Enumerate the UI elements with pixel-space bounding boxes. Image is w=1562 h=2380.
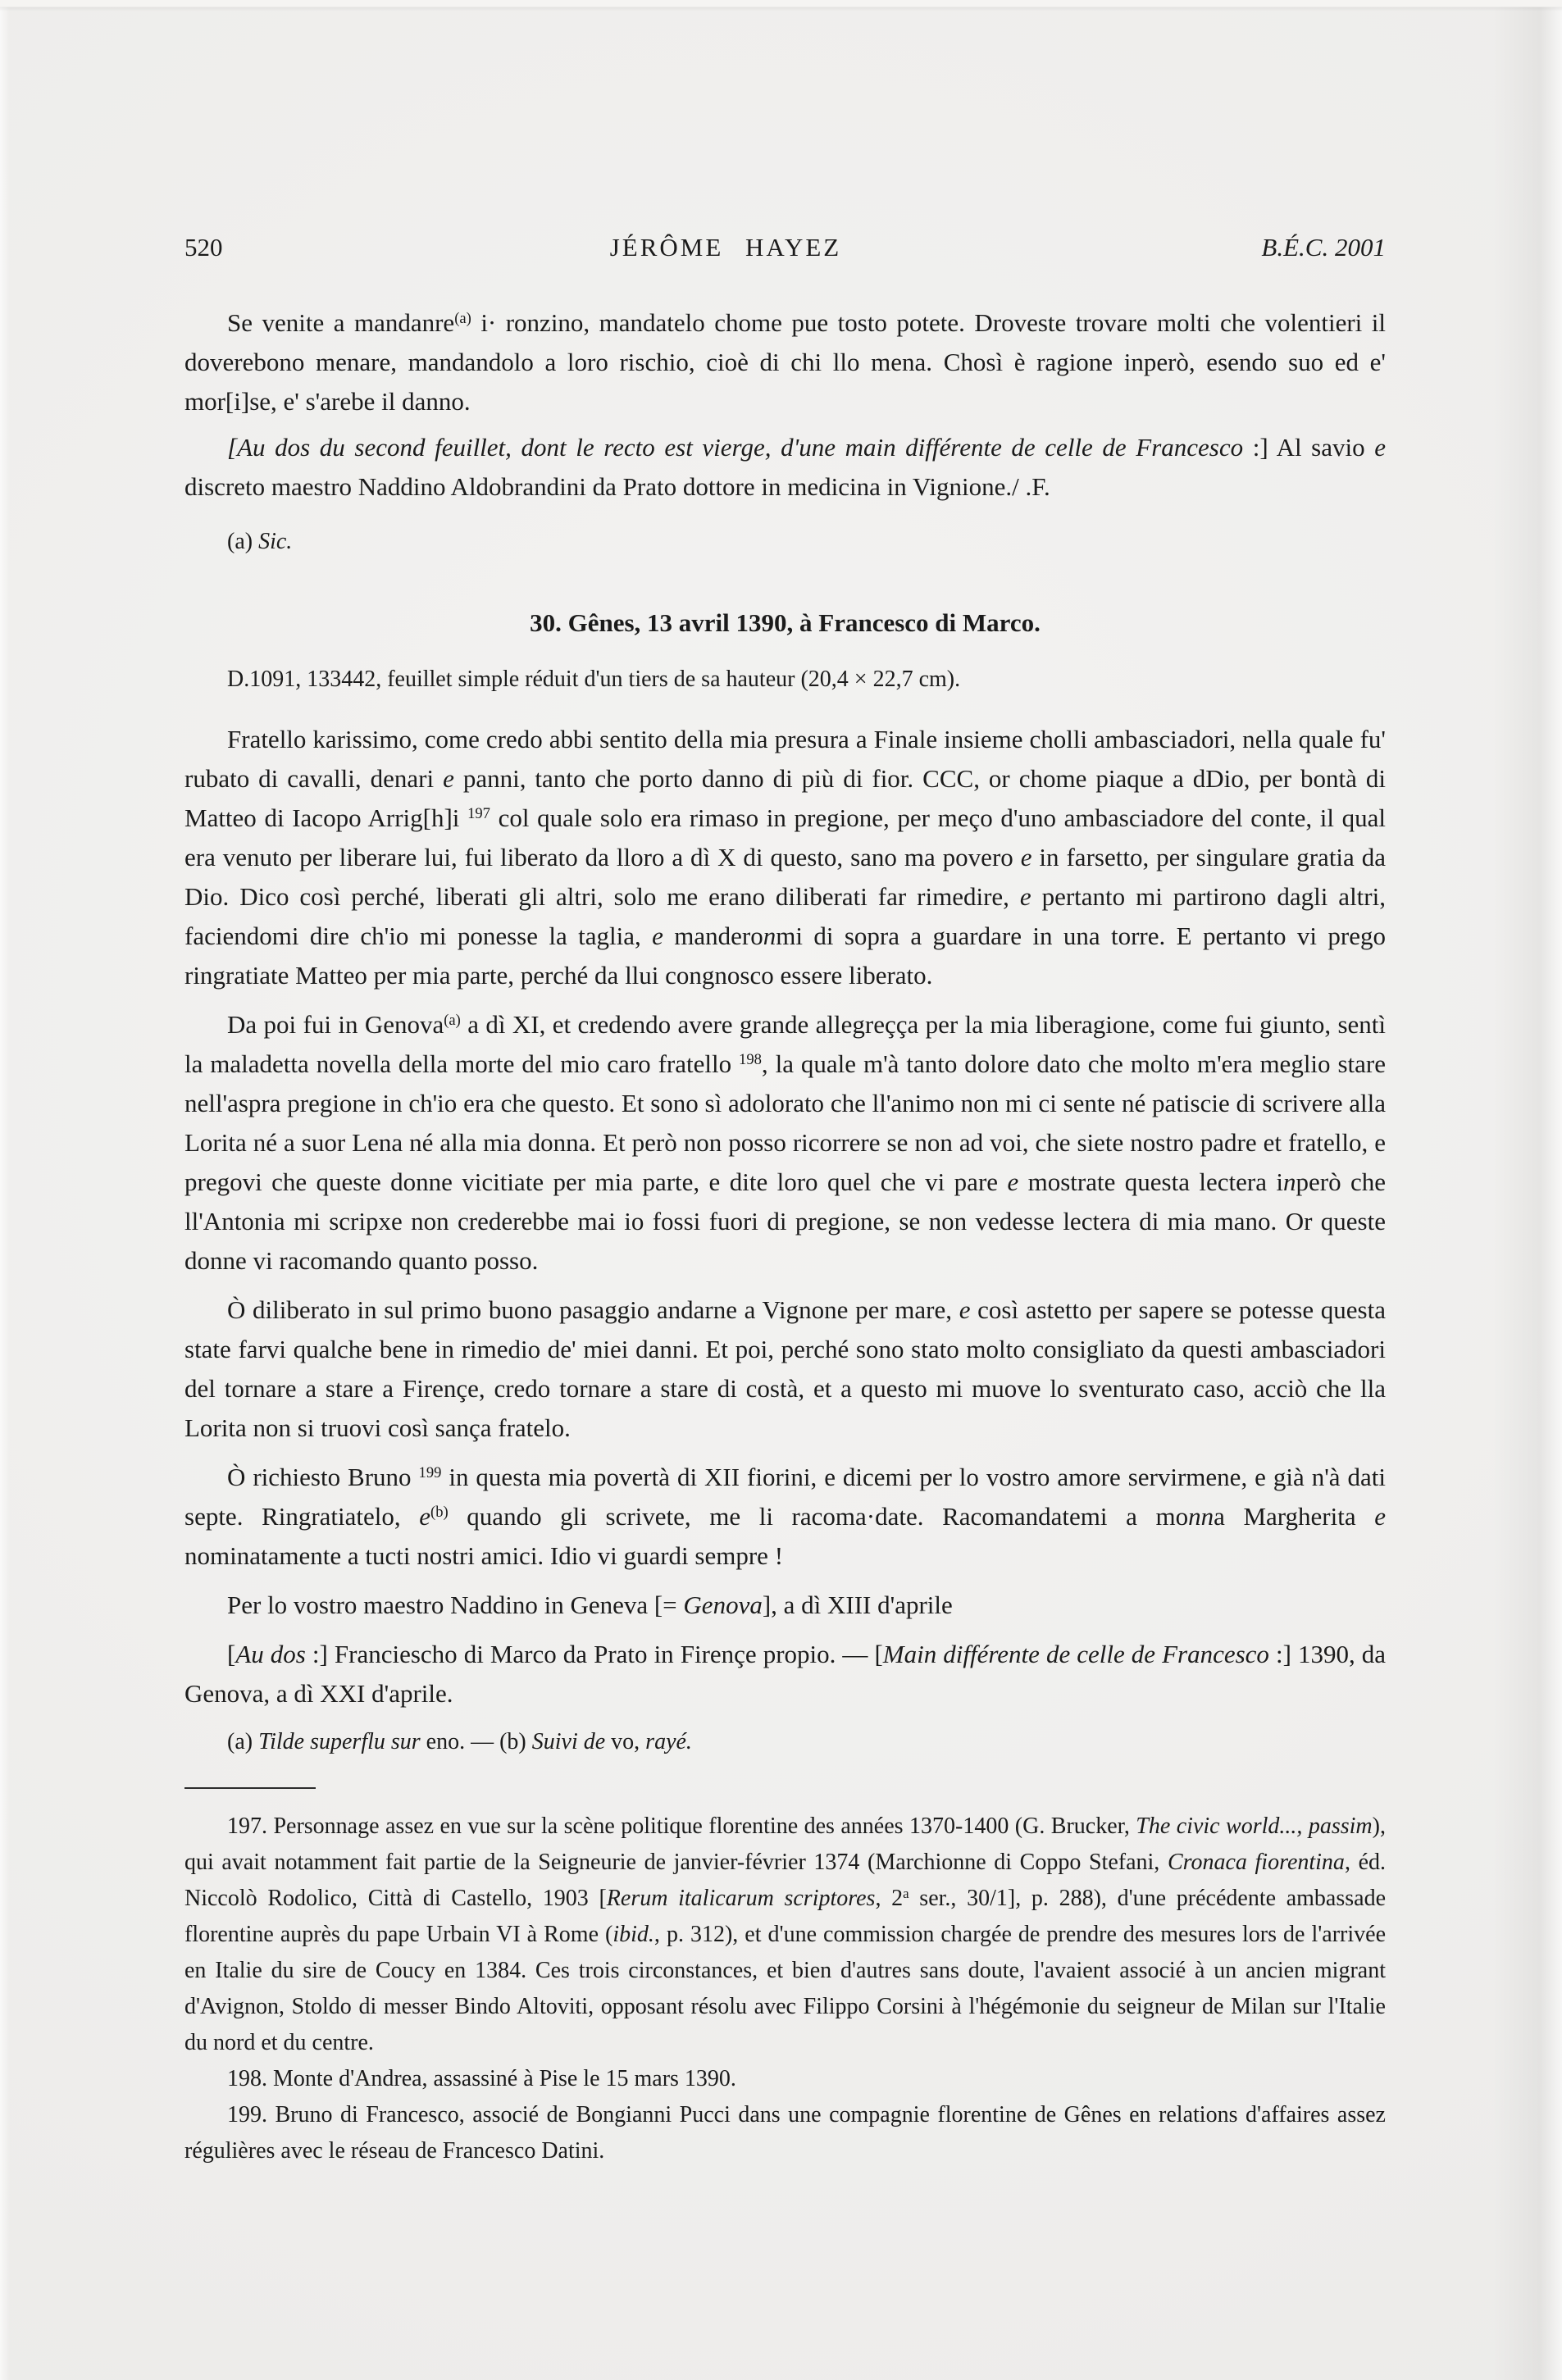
journal-ref: B.É.C. 2001 bbox=[1261, 231, 1386, 264]
text-segment: e bbox=[1007, 1167, 1018, 1196]
footnote-198: 198. Monte d'Andrea, assassiné à Pise le… bbox=[184, 2061, 1386, 2097]
footnote-ref-197: 197 bbox=[467, 805, 490, 822]
text-segment: Suivi de bbox=[532, 1729, 605, 1754]
text-segment: D.1091, 133442, feuillet simple réduit d… bbox=[227, 667, 960, 692]
footnote-ref-199: 199 bbox=[419, 1464, 442, 1481]
text-segment: Cronaca fiorentina bbox=[1168, 1850, 1345, 1875]
text-segment: :] Franciescho di Marco da Prato in Fire… bbox=[306, 1640, 883, 1668]
page-number: 520 bbox=[184, 231, 223, 264]
letter-30-para-1: Fratello karissimo, come credo abbi sent… bbox=[184, 720, 1386, 995]
text-segment: e bbox=[1374, 433, 1386, 462]
note-ref-b: (b) bbox=[430, 1504, 449, 1521]
text-segment: [Au dos du second feuillet, dont le rect… bbox=[227, 433, 1243, 462]
text-segment: discreto maestro Naddino Aldobrandini da… bbox=[184, 472, 1050, 501]
text-segment: n bbox=[763, 922, 776, 950]
text-blocks: Se venite a mandanre(a) i· ronzino, mand… bbox=[184, 303, 1386, 2169]
text-segment: a Margherita bbox=[1214, 1502, 1374, 1531]
journal-page-scan: 520 JÉRÔME HAYEZ B.É.C. 2001 Se venite a… bbox=[0, 0, 1562, 2380]
letter-30-signature: Per lo vostro maestro Naddino in Geneva … bbox=[184, 1586, 1386, 1625]
ordinal-a: a bbox=[903, 1886, 909, 1901]
note-ref-a2: (a) bbox=[444, 1012, 461, 1029]
text-segment: Se venite a mandanre bbox=[227, 308, 454, 337]
text-segment: Ò richiesto Bruno bbox=[227, 1463, 419, 1491]
text-segment: (a) bbox=[227, 529, 258, 554]
text-segment: e bbox=[1020, 882, 1031, 911]
text-segment: [ bbox=[227, 1640, 235, 1668]
letter-29-continuation: Se venite a mandanre(a) i· ronzino, mand… bbox=[184, 303, 1386, 421]
footnote-ref-198: 198 bbox=[739, 1051, 762, 1068]
text-segment: e bbox=[443, 764, 454, 793]
text-segment: (a) bbox=[227, 1729, 258, 1754]
text-segment: Main différente de celle de Francesco bbox=[883, 1640, 1269, 1668]
text-segment: e bbox=[1374, 1502, 1386, 1531]
text-segment: 198. Monte d'Andrea, assassiné à Pise le… bbox=[227, 2066, 736, 2091]
text-segment: quando gli scrivete, me li racoma·date. … bbox=[449, 1502, 1188, 1531]
note-ref-a: (a) bbox=[454, 310, 471, 327]
text-segment: 197. Personnage assez en vue sur la scèn… bbox=[227, 1813, 1136, 1839]
text-segment: Sic. bbox=[258, 529, 292, 554]
text-segment: 199. Bruno di Francesco, associé de Bong… bbox=[184, 2102, 1386, 2164]
text-segment: Da poi fui in Genova bbox=[227, 1010, 444, 1039]
letter-29-address: [Au dos du second feuillet, dont le rect… bbox=[184, 428, 1386, 507]
text-segment: Rerum italicarum scriptores bbox=[607, 1886, 876, 1911]
text-segment: ibid. bbox=[613, 1922, 654, 1947]
text-segment: Au dos bbox=[235, 1640, 306, 1668]
text-segment: mandero bbox=[663, 922, 763, 950]
text-segment: nominatamente a tucti nostri amici. Idio… bbox=[184, 1541, 783, 1570]
text-segment: mostrate questa lectera i bbox=[1018, 1167, 1283, 1196]
page-content: 520 JÉRÔME HAYEZ B.É.C. 2001 Se venite a… bbox=[184, 231, 1386, 2169]
text-segment: , 2 bbox=[875, 1886, 903, 1911]
page-header: 520 JÉRÔME HAYEZ B.É.C. 2001 bbox=[184, 231, 1386, 264]
letter-30-para-2: Da poi fui in Genova(a) a dì XI, et cred… bbox=[184, 1005, 1386, 1281]
text-segment: Per lo vostro maestro Naddino in Geneva … bbox=[227, 1590, 683, 1619]
text-segment: The civic world..., passim bbox=[1136, 1813, 1372, 1839]
text-segment: eno. — (b) bbox=[421, 1729, 532, 1754]
footnote-197: 197. Personnage assez en vue sur la scèn… bbox=[184, 1809, 1386, 2061]
letter-30-address: [Au dos :] Franciescho di Marco da Prato… bbox=[184, 1635, 1386, 1713]
letter-30-description: D.1091, 133442, feuillet simple réduit d… bbox=[184, 664, 1386, 695]
text-segment: e bbox=[959, 1295, 971, 1324]
letter-30-apparatus: (a) Tilde superflu sur eno. — (b) Suivi … bbox=[184, 1727, 1386, 1758]
text-segment: nn bbox=[1188, 1502, 1214, 1531]
letter-29-apparatus: (a) Sic. bbox=[184, 526, 1386, 557]
letter-30-para-4: Ò richiesto Bruno 199 in questa mia pove… bbox=[184, 1458, 1386, 1576]
text-segment: n bbox=[1283, 1167, 1296, 1196]
text-segment: :] Al savio bbox=[1243, 433, 1374, 462]
footnote-199: 199. Bruno di Francesco, associé de Bong… bbox=[184, 2097, 1386, 2169]
text-segment: vo, bbox=[605, 1729, 645, 1754]
text-segment: Ò diliberato in sul primo buono pasaggio… bbox=[227, 1295, 959, 1324]
running-title: JÉRÔME HAYEZ bbox=[610, 231, 842, 264]
text-segment: e bbox=[419, 1502, 430, 1531]
text-segment: e bbox=[1021, 843, 1032, 871]
letter-30-heading: 30. Gênes, 13 avril 1390, à Francesco di… bbox=[184, 603, 1386, 643]
text-segment: Genova bbox=[683, 1590, 762, 1619]
text-segment: 30. Gênes, 13 avril 1390, à Francesco di… bbox=[530, 608, 1041, 637]
text-segment: ], a dì XIII d'aprile bbox=[763, 1590, 953, 1619]
letter-30-para-3: Ò diliberato in sul primo buono pasaggio… bbox=[184, 1290, 1386, 1448]
text-segment: rayé. bbox=[645, 1729, 692, 1754]
text-segment: e bbox=[652, 922, 663, 950]
footnote-separator bbox=[184, 1787, 316, 1789]
text-segment: Tilde superflu sur bbox=[258, 1729, 421, 1754]
